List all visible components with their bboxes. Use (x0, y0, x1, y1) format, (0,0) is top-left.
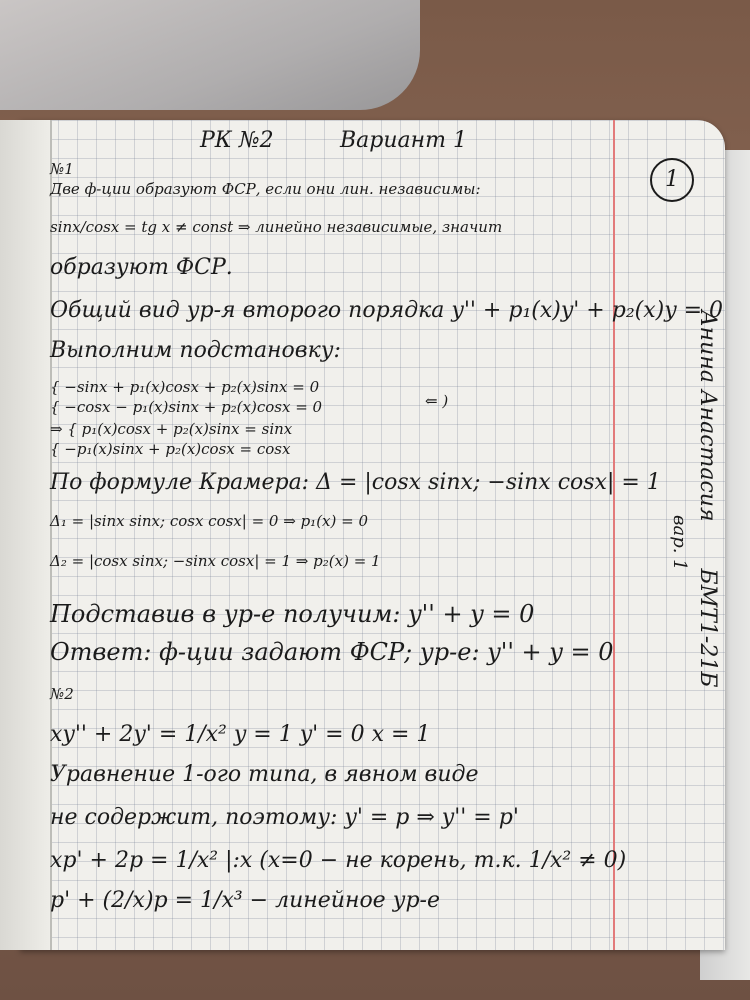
p1-line: Δ₁ = |sinx sinx; cosx cosx| = 0 ⇒ p₁(x) … (50, 512, 368, 530)
p2-line: xp' + 2p = 1/x² |:x (x=0 − не корень, т.… (50, 848, 626, 873)
plastic-bag-background (0, 0, 420, 110)
p1-line: ⇒ { p₁(x)cosx + p₂(x)sinx = sinx (50, 420, 292, 438)
header-variant: Вариант 1 (340, 128, 467, 153)
page-number: 1 (650, 158, 694, 202)
p2-line: не содержит, поэтому: y' = p ⇒ y'' = p' (50, 805, 519, 830)
p1-line: Δ₂ = |cosx sinx; −sinx cosx| = 1 ⇒ p₂(x)… (50, 552, 381, 570)
p1-line: образуют ФСР. (50, 255, 233, 280)
side-note-name-group: Анина Анастасия БМТ1-21Б (695, 310, 720, 688)
p1-line: Общий вид ур-я второго порядка y'' + p₁(… (50, 298, 723, 323)
p1-line: Выполним подстановку: (50, 338, 341, 363)
student-name: Анина Анастасия (695, 310, 720, 522)
notebook-binding-edge (0, 120, 52, 950)
p1-line: Две ф-ции образуют ФСР, если они лин. не… (50, 180, 481, 198)
problem1-label: №1 (50, 160, 74, 178)
p1-answer: Ответ: ф-ции задают ФСР; ур-е: y'' + y =… (50, 638, 613, 666)
p1-line: { −sinx + p₁(x)cosx + p₂(x)sinx = 0 (50, 378, 319, 396)
student-group: БМТ1-21Б (695, 569, 720, 688)
arrow-note: ⇐ ) (425, 392, 448, 410)
problem2-label: №2 (50, 685, 74, 703)
side-note-variant: вар. 1 (669, 515, 690, 571)
p1-line: Подставив в ур-е получим: y'' + y = 0 (50, 600, 534, 628)
p1-line: { −cosx − p₁(x)sinx + p₂(x)cosx = 0 (50, 398, 322, 416)
p1-line: По формуле Крамера: Δ = |cosx sinx; −sin… (50, 470, 661, 495)
p1-line: { −p₁(x)sinx + p₂(x)cosx = cosx (50, 440, 290, 458)
margin-line (613, 120, 615, 950)
header-title: РК №2 (200, 128, 274, 153)
p2-line: Уравнение 1-ого типа, в явном виде (50, 762, 479, 787)
p2-line: p' + (2/x)p = 1/x³ − линейное ур-е (50, 888, 440, 913)
p2-line: xy'' + 2y' = 1/x² y = 1 y' = 0 x = 1 (50, 722, 430, 747)
p1-line: sinx/cosx = tg x ≠ const ⇒ линейно незав… (50, 218, 502, 236)
